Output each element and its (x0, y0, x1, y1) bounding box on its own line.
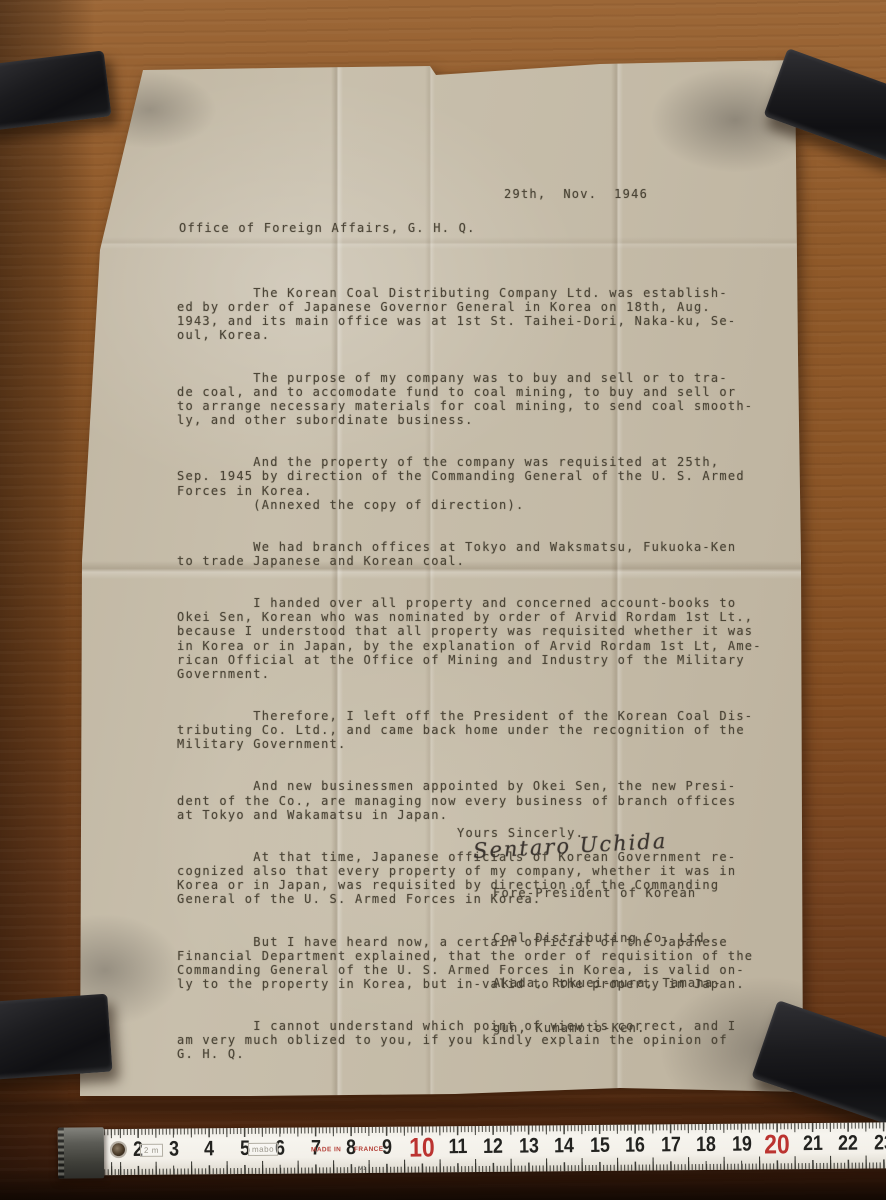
ruler-length-label: 2 m (140, 1144, 163, 1157)
letter-paragraph: Therefore, I left off the President of t… (177, 709, 762, 751)
ruler-number: 15 (589, 1134, 609, 1158)
ruler-number: 23 (873, 1131, 886, 1155)
signer-line: Akada, Rokuei-mura, Tamana- (493, 976, 722, 991)
ruler-france-text: FRANCE (354, 1146, 384, 1153)
letter-paragraph: And the property of the company was requ… (177, 455, 762, 511)
letter-paper: 29th, Nov. 1946 Office of Foreign Affair… (75, 55, 805, 1100)
ruler-number: 22 (838, 1132, 858, 1156)
letter-date: 29th, Nov. 1946 (504, 187, 648, 201)
ruler-rivet (112, 1143, 125, 1156)
paperweight-bottom-right (751, 1000, 886, 1125)
ruler-number: 12 (483, 1135, 503, 1159)
ruler-number: 17 (660, 1133, 680, 1157)
ruler-made-in-text: MADE IN (311, 1146, 341, 1153)
letter-paragraph: We had branch offices at Tokyo and Waksm… (177, 540, 762, 568)
letter-paragraph: The Korean Coal Distributing Company Ltd… (177, 286, 762, 342)
ruler-number: 14 (554, 1134, 574, 1158)
paperweight-bottom-left (0, 994, 113, 1081)
ruler-number: 3 (168, 1138, 178, 1162)
ruler-number: 19 (731, 1133, 751, 1157)
letter-paragraph: The purpose of my company was to buy and… (177, 371, 762, 427)
ruler-number: 11 (448, 1135, 467, 1159)
signer-line: Coal Distributing Co. Ltd. (493, 931, 722, 946)
ruler-number: 13 (518, 1134, 538, 1158)
letter-paper-wrap: 29th, Nov. 1946 Office of Foreign Affair… (75, 55, 805, 1100)
ruler-mark: M1 (358, 1166, 366, 1172)
signer-block: Fore-President of Korean Coal Distributi… (493, 856, 722, 1066)
folding-ruler: 234567891011121314151617181920212223 2 m… (58, 1122, 886, 1175)
letter-paragraph: And new businessmen appointed by Okei Se… (177, 779, 762, 821)
ruler-number: 4 (204, 1137, 214, 1161)
signer-line: gun, Kumamoto-Ken. (493, 1021, 722, 1036)
ruler-number: 10 (409, 1132, 435, 1163)
ruler-number: 21 (802, 1132, 822, 1156)
letter-recipient: Office of Foreign Affairs, G. H. Q. (179, 221, 476, 235)
ruler-metal-end-cap (58, 1127, 104, 1178)
ruler-number: 20 (764, 1129, 790, 1160)
photograph: 29th, Nov. 1946 Office of Foreign Affair… (0, 0, 886, 1200)
ruler-number: 16 (625, 1134, 645, 1158)
signer-line: Fore-President of Korean (493, 886, 722, 901)
ruler-number: 18 (696, 1133, 716, 1157)
letter-paragraph: I handed over all property and concerned… (177, 596, 762, 681)
ruler-numbers: 234567891011121314151617181920212223 (58, 1122, 886, 1175)
ruler-brand-label: mabo (248, 1143, 278, 1156)
